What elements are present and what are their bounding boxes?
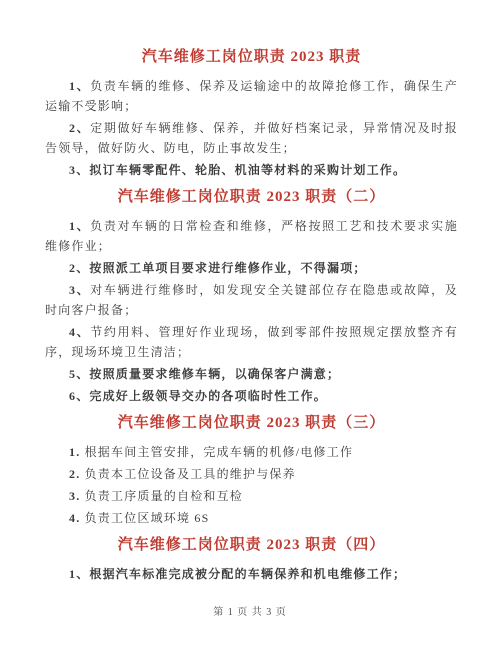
list-item: 1. 根据车间主管安排，完成车辆的机修/电修工作 [45,442,458,462]
item-text: 对车辆进行维修时，如发现安全关键部位存在隐患或故障，及时向客户报备； [45,283,458,317]
item-text: 按照派工单项目要求进行维修作业，不得漏项； [89,261,366,275]
item-number: 3. [69,489,80,503]
item-number: 1、 [69,567,89,581]
list-item: 1、负责对车辆的日常检查和维修，严格按照工艺和技术要求实施维修作业； [45,216,458,256]
item-number: 5、 [69,367,89,381]
list-item: 5、按照质量要求维修车辆，以确保客户满意； [45,364,458,384]
item-text: 节约用料、管理好作业现场，做到零部件按照规定摆放整齐有序，现场环境卫生清洁； [45,325,458,359]
item-text: 根据汽车标准完成被分配的车辆保养和机电维修工作； [89,567,406,581]
item-number: 3、 [69,283,90,297]
page-footer: 第 1 页 共 3 页 [0,603,500,618]
item-number: 2. [69,467,80,481]
list-item: 3、对车辆进行维修时，如发现安全关键部位存在隐患或故障，及时向客户报备； [45,280,458,320]
list-item: 4、节约用料、管理好作业现场，做到零部件按照规定摆放整齐有序，现场环境卫生清洁； [45,322,458,362]
list-item: 3、拟订车辆零配件、轮胎、机油等材料的采购计划工作。 [45,160,458,180]
item-text: 负责工序质量的自检和互检 [80,489,243,503]
item-number: 1、 [69,79,90,93]
document-page: 汽车维修工岗位职责 2023 职责 1、负责车辆的维修、保养及运输途中的故障抢修… [0,0,500,647]
section-title: 汽车维修工岗位职责 2023 职责（二） [45,186,458,208]
list-item: 1、根据汽车标准完成被分配的车辆保养和机电维修工作； [45,564,458,584]
section-title: 汽车维修工岗位职责 2023 职责 [45,46,458,68]
list-item: 2、定期做好车辆维修、保养，并做好档案记录，异常情况及时报告领导，做好防火、防电… [45,118,458,158]
item-number: 2、 [69,121,90,135]
item-text: 按照质量要求维修车辆，以确保客户满意； [89,367,340,381]
list-item: 2. 负责本工位设备及工具的维护与保养 [45,464,458,484]
list-item: 2、按照派工单项目要求进行维修作业，不得漏项； [45,258,458,278]
item-number: 2、 [69,261,89,275]
list-item: 3. 负责工序质量的自检和互检 [45,486,458,506]
list-item: 1、负责车辆的维修、保养及运输途中的故障抢修工作，确保生产运输不受影响； [45,76,458,116]
item-text: 完成好上级领导交办的各项临时性工作。 [89,389,327,403]
list-item: 4. 负责工位区域环境 6S [45,508,458,528]
item-text: 根据车间主管安排，完成车辆的机修/电修工作 [80,445,353,459]
section-title: 汽车维修工岗位职责 2023 职责（三） [45,412,458,434]
item-number: 6、 [69,389,89,403]
item-text: 定期做好车辆维修、保养，并做好档案记录，异常情况及时报告领导，做好防火、防电，防… [45,121,458,155]
item-number: 4. [69,511,80,525]
item-text: 负责本工位设备及工具的维护与保养 [80,467,295,481]
item-number: 1. [69,445,80,459]
item-text: 拟订车辆零配件、轮胎、机油等材料的采购计划工作。 [89,163,406,177]
item-text: 负责对车辆的日常检查和维修，严格按照工艺和技术要求实施维修作业； [45,219,458,253]
item-number: 1、 [69,219,90,233]
list-item: 6、完成好上级领导交办的各项临时性工作。 [45,386,458,406]
section-title: 汽车维修工岗位职责 2023 职责（四） [45,534,458,556]
item-text: 负责车辆的维修、保养及运输途中的故障抢修工作，确保生产运输不受影响； [45,79,458,113]
item-number: 4、 [69,325,90,339]
item-text: 负责工位区域环境 6S [80,511,209,525]
item-number: 3、 [69,163,89,177]
